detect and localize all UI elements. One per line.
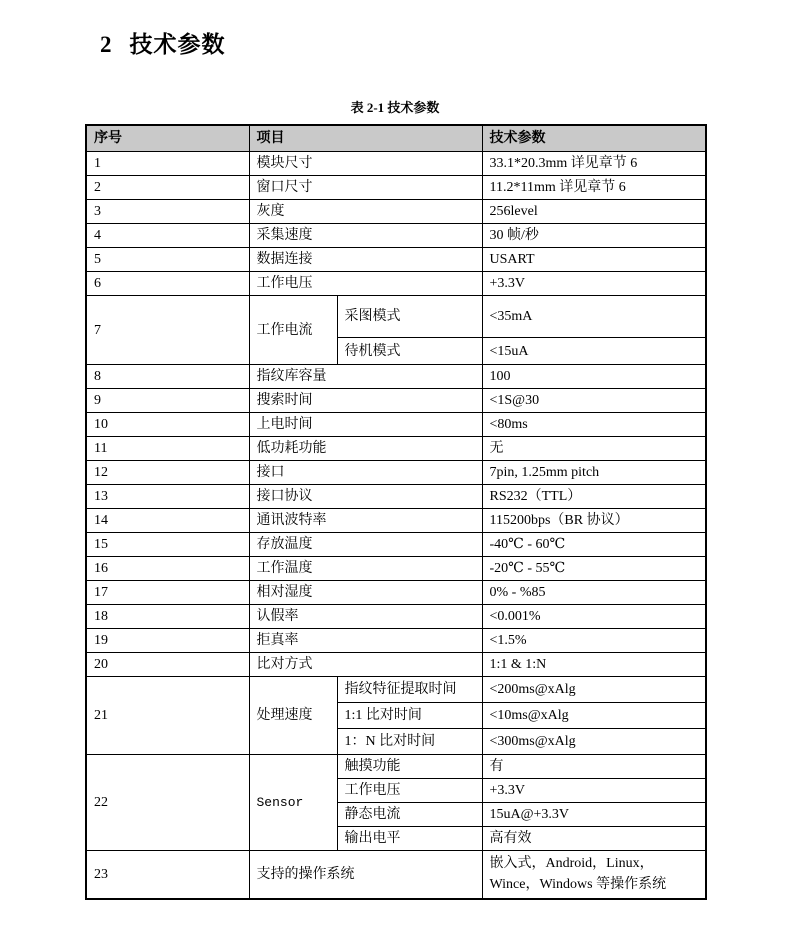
row-number: 15 <box>86 533 249 557</box>
item-name: 工作电流 <box>249 296 337 365</box>
row-number: 9 <box>86 389 249 413</box>
item-name: 处理速度 <box>249 677 337 755</box>
param-value: 11.2*11mm 详见章节 6 <box>482 176 706 200</box>
table-row: 10上电时间<80ms <box>86 413 706 437</box>
sub-item-name: 采图模式 <box>337 296 482 338</box>
item-name: 接口协议 <box>249 485 482 509</box>
table-header-row: 序号 项目 技术参数 <box>86 125 706 152</box>
table-row: 19拒真率<1.5% <box>86 629 706 653</box>
table-row: 5数据连接USART <box>86 248 706 272</box>
param-value: RS232（TTL） <box>482 485 706 509</box>
table-row: 8指纹库容量100 <box>86 365 706 389</box>
row-number: 10 <box>86 413 249 437</box>
param-value: +3.3V <box>482 272 706 296</box>
row-number: 22 <box>86 755 249 851</box>
table-row: 6工作电压+3.3V <box>86 272 706 296</box>
row-number: 6 <box>86 272 249 296</box>
item-name: 通讯波特率 <box>249 509 482 533</box>
table-row: 3灰度256level <box>86 200 706 224</box>
table-row: 13接口协议RS232（TTL） <box>86 485 706 509</box>
row-number: 19 <box>86 629 249 653</box>
table-row: 1模块尺寸33.1*20.3mm 详见章节 6 <box>86 152 706 176</box>
table-row: 7工作电流采图模式<35mA <box>86 296 706 338</box>
item-name: 上电时间 <box>249 413 482 437</box>
row-number: 14 <box>86 509 249 533</box>
table-row: 16工作温度-20℃ - 55℃ <box>86 557 706 581</box>
sub-item-name: 输出电平 <box>337 827 482 851</box>
row-number: 7 <box>86 296 249 365</box>
item-name: 窗口尺寸 <box>249 176 482 200</box>
item-name: 比对方式 <box>249 653 482 677</box>
param-value: 33.1*20.3mm 详见章节 6 <box>482 152 706 176</box>
sub-item-name: 1:1 比对时间 <box>337 703 482 729</box>
param-value: <35mA <box>482 296 706 338</box>
param-value: 30 帧/秒 <box>482 224 706 248</box>
spec-table-body: 1模块尺寸33.1*20.3mm 详见章节 62窗口尺寸11.2*11mm 详见… <box>86 152 706 899</box>
param-value: 15uA@+3.3V <box>482 803 706 827</box>
param-value: 115200bps（BR 协议） <box>482 509 706 533</box>
document-page: 2 技术参数 表 2-1 技术参数 序号 项目 技术参数 1模块尺寸33.1*2… <box>0 0 790 926</box>
param-value: 高有效 <box>482 827 706 851</box>
item-name: 工作电压 <box>249 272 482 296</box>
param-value: <80ms <box>482 413 706 437</box>
section-number: 2 <box>100 32 113 58</box>
param-value: 有 <box>482 755 706 779</box>
param-value: 256level <box>482 200 706 224</box>
table-row: 22Sensor触摸功能有 <box>86 755 706 779</box>
header-cell-no: 序号 <box>86 125 249 152</box>
table-row: 11低功耗功能无 <box>86 437 706 461</box>
table-row: 2窗口尺寸11.2*11mm 详见章节 6 <box>86 176 706 200</box>
table-row: 15存放温度-40℃ - 60℃ <box>86 533 706 557</box>
param-value: 7pin, 1.25mm pitch <box>482 461 706 485</box>
param-value: <1.5% <box>482 629 706 653</box>
param-value: <15uA <box>482 338 706 365</box>
param-value: 1:1 & 1:N <box>482 653 706 677</box>
row-number: 3 <box>86 200 249 224</box>
section-title: 2 技术参数 <box>100 26 790 59</box>
item-name: 低功耗功能 <box>249 437 482 461</box>
param-value: <0.001% <box>482 605 706 629</box>
param-value: 100 <box>482 365 706 389</box>
row-number: 23 <box>86 851 249 899</box>
row-number: 5 <box>86 248 249 272</box>
param-value: 0% - %85 <box>482 581 706 605</box>
param-value: -20℃ - 55℃ <box>482 557 706 581</box>
row-number: 20 <box>86 653 249 677</box>
item-name: 模块尺寸 <box>249 152 482 176</box>
item-name: 支持的操作系统 <box>249 851 482 899</box>
item-name: 灰度 <box>249 200 482 224</box>
row-number: 17 <box>86 581 249 605</box>
item-name: 搜索时间 <box>249 389 482 413</box>
item-name: 采集速度 <box>249 224 482 248</box>
section-title-text: 技术参数 <box>130 26 226 59</box>
param-value: USART <box>482 248 706 272</box>
sub-item-name: 指纹特征提取时间 <box>337 677 482 703</box>
row-number: 8 <box>86 365 249 389</box>
sub-item-name: 静态电流 <box>337 803 482 827</box>
item-name: 认假率 <box>249 605 482 629</box>
table-row: 18认假率<0.001% <box>86 605 706 629</box>
spec-table: 序号 项目 技术参数 1模块尺寸33.1*20.3mm 详见章节 62窗口尺寸1… <box>85 124 707 900</box>
param-value: 无 <box>482 437 706 461</box>
table-row: 20比对方式1:1 & 1:N <box>86 653 706 677</box>
item-name: 拒真率 <box>249 629 482 653</box>
table-row: 17相对湿度0% - %85 <box>86 581 706 605</box>
sub-item-name: 触摸功能 <box>337 755 482 779</box>
header-cell-value: 技术参数 <box>482 125 706 152</box>
param-value: +3.3V <box>482 779 706 803</box>
row-number: 4 <box>86 224 249 248</box>
table-row: 14通讯波特率115200bps（BR 协议） <box>86 509 706 533</box>
sub-item-name: 1：N 比对时间 <box>337 729 482 755</box>
item-name: 相对湿度 <box>249 581 482 605</box>
table-row: 4采集速度30 帧/秒 <box>86 224 706 248</box>
param-value: -40℃ - 60℃ <box>482 533 706 557</box>
table-row: 23支持的操作系统嵌入式，Android，Linux，Wince，Windows… <box>86 851 706 899</box>
table-row: 9搜索时间<1S@30 <box>86 389 706 413</box>
param-value: <10ms@xAlg <box>482 703 706 729</box>
param-value: <200ms@xAlg <box>482 677 706 703</box>
sub-item-name: 工作电压 <box>337 779 482 803</box>
table-caption: 表 2-1 技术参数 <box>85 97 705 116</box>
row-number: 2 <box>86 176 249 200</box>
item-name: 存放温度 <box>249 533 482 557</box>
table-row: 12接口7pin, 1.25mm pitch <box>86 461 706 485</box>
table-row: 21处理速度指纹特征提取时间<200ms@xAlg <box>86 677 706 703</box>
row-number: 16 <box>86 557 249 581</box>
row-number: 18 <box>86 605 249 629</box>
item-name: 指纹库容量 <box>249 365 482 389</box>
row-number: 1 <box>86 152 249 176</box>
param-value: <1S@30 <box>482 389 706 413</box>
param-value: <300ms@xAlg <box>482 729 706 755</box>
row-number: 21 <box>86 677 249 755</box>
item-name: 工作温度 <box>249 557 482 581</box>
item-name: 数据连接 <box>249 248 482 272</box>
header-cell-item: 项目 <box>249 125 482 152</box>
item-name: Sensor <box>249 755 337 851</box>
row-number: 12 <box>86 461 249 485</box>
item-name: 接口 <box>249 461 482 485</box>
param-value: 嵌入式，Android，Linux，Wince，Windows 等操作系统 <box>482 851 706 899</box>
row-number: 13 <box>86 485 249 509</box>
row-number: 11 <box>86 437 249 461</box>
sub-item-name: 待机模式 <box>337 338 482 365</box>
